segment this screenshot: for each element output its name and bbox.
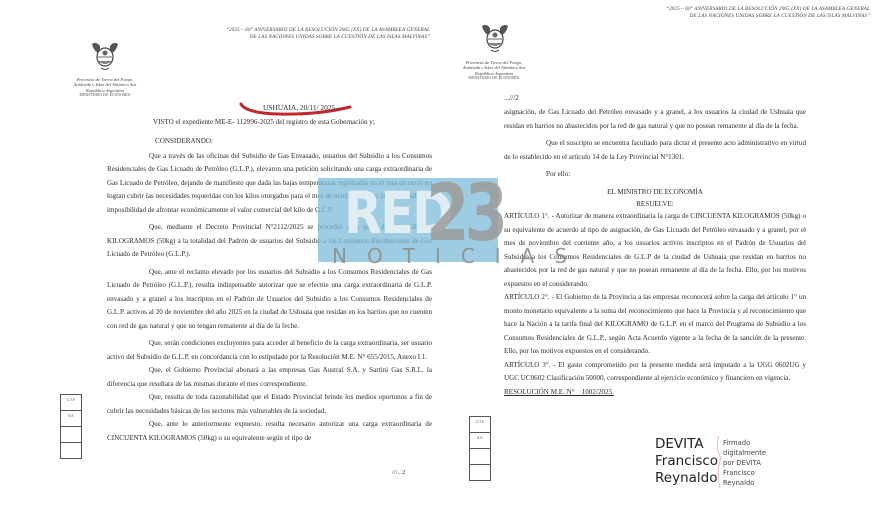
considerando-paragraph: Que, resulta de toda razonabilidad que e… bbox=[107, 391, 432, 418]
control-box-as: A.S. bbox=[61, 411, 81, 427]
motto-line-1: “2025 – 60° ANIVERSARIO DE LA RESOLUCIÓN… bbox=[195, 27, 430, 34]
province-header: Provincia de Tierra del Fuego, Antártida… bbox=[448, 60, 540, 82]
signer-name-line: Reynaldo bbox=[655, 470, 718, 487]
visto-line: VISTO el expediente ME-E- 112996-2025 de… bbox=[153, 116, 433, 130]
signature-detail-line: Reynaldo bbox=[723, 478, 766, 488]
control-boxes: G.T.F. A.S. bbox=[469, 416, 491, 481]
considerando-heading: CONSIDERANDO: bbox=[107, 135, 432, 149]
provincial-crest-icon bbox=[90, 40, 120, 72]
provincial-crest-icon bbox=[480, 22, 510, 54]
ministry-label: MINISTERIO DE ECONOMÍA bbox=[56, 93, 154, 98]
anniversary-motto: “2025 – 60° ANIVERSARIO DE LA RESOLUCIÓN… bbox=[195, 27, 430, 40]
control-box-empty bbox=[61, 427, 81, 443]
province-header: Provincia de Tierra del Fuego, Antártida… bbox=[56, 77, 154, 99]
control-box-as: A.S. bbox=[470, 433, 490, 449]
article-2: ARTÍCULO 2°. - El Gobierno de la Provinc… bbox=[504, 291, 806, 359]
signer-name: DEVITA Francisco Reynaldo bbox=[655, 436, 718, 487]
control-box-empty bbox=[61, 443, 81, 458]
ministry-label: MINISTERIO DE ECONOMÍA bbox=[448, 76, 540, 81]
por-ello-label: Por ello: bbox=[504, 168, 806, 182]
control-box-gtf: G.T.F. bbox=[61, 395, 81, 411]
anniversary-motto: “2025 – 60° ANIVERSARIO DE LA RESOLUCIÓN… bbox=[620, 6, 870, 19]
minister-heading: EL MINISTRO DE ECONOMÍA bbox=[504, 186, 806, 200]
considerando-paragraph: asignación, de Gas Licuado del Petróleo … bbox=[504, 106, 806, 133]
signature-detail-line: digitalmente bbox=[723, 448, 766, 458]
page-continuation-marker: ///...2 bbox=[392, 469, 406, 476]
signature-detail-line: Firmado bbox=[723, 438, 766, 448]
control-box-empty bbox=[470, 465, 490, 480]
control-box-empty bbox=[470, 449, 490, 465]
considerando-paragraph: Que el suscripto se encuentra facultado … bbox=[504, 137, 806, 164]
resuelve-heading: RESUELVE: bbox=[504, 199, 806, 210]
control-box-gtf: G.T.F. bbox=[470, 417, 490, 433]
considerando-paragraph: Que, ante lo anteriormente expuesto, res… bbox=[107, 418, 432, 445]
red23-noticias-watermark: RED 23 NOTICIAS bbox=[318, 178, 518, 273]
signature-detail-line: Francisco bbox=[723, 468, 766, 478]
motto-line-2: DE LAS NACIONES UNIDAS SOBRE LA CUESTIÓN… bbox=[620, 13, 870, 20]
signer-name-line: Francisco bbox=[655, 453, 718, 470]
considerando-paragraph: Que, ante el reclamo elevado por los usu… bbox=[107, 266, 432, 334]
motto-line-2: DE LAS NACIONES UNIDAS SOBRE LA CUESTIÓN… bbox=[195, 34, 430, 41]
signature-detail-line: por DEVITA bbox=[723, 458, 766, 468]
control-boxes: G.T.F. A.S. bbox=[60, 394, 82, 459]
watermark-subtitle: NOTICIAS bbox=[332, 244, 587, 268]
document-date: USHUAIA, 20/11/ 2025.- bbox=[263, 103, 340, 112]
considerando-paragraph: Que, el Gobierno Provincial abonará a la… bbox=[107, 364, 432, 391]
considerando-paragraph: Que, serán condiciones excluyentes para … bbox=[107, 337, 432, 364]
signer-name-line: DEVITA bbox=[655, 436, 718, 453]
article-3: ARTÍCULO 3°. - El gasto comprometido por… bbox=[504, 359, 806, 386]
visto-text: VISTO el expediente ME-E- 112996-2025 de… bbox=[153, 116, 433, 130]
resolution-number: RESOLUCIÓN M.E. N° 1002/2025. bbox=[504, 386, 806, 400]
page-continuation-marker: ...///2 bbox=[504, 92, 784, 106]
signature-details: Firmado digitalmente por DEVITA Francisc… bbox=[723, 438, 766, 488]
